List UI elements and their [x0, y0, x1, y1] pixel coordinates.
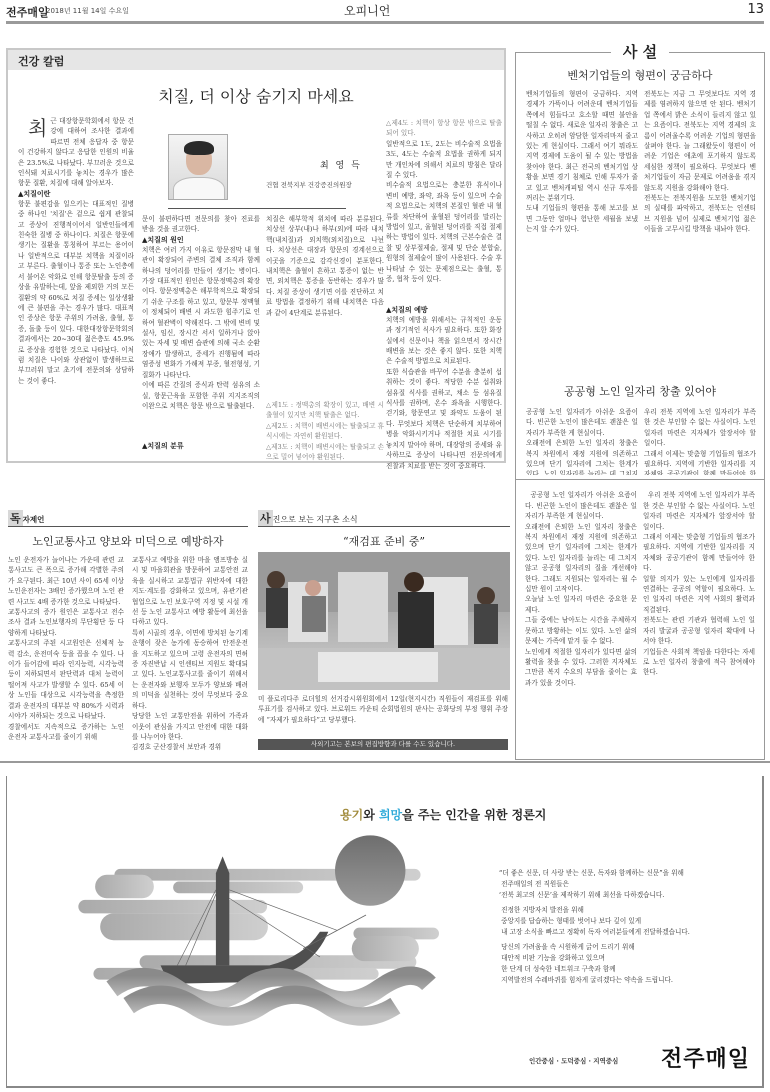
section-divider [0, 761, 770, 763]
body-text: 치핵의 예방을 위해서는 규칙적인 운동과 정기적인 식사가 필요하다. 또한 … [386, 315, 502, 469]
subheading: ▲치질의 예방 [386, 305, 502, 315]
page-number: 13 [747, 2, 764, 17]
news-photo [258, 552, 510, 690]
article-column-3: 치질은 해부학적 위치에 따라 분류된다. 치상선 상부(내)나 하부(외)에 … [266, 214, 384, 462]
slogan-word-hope: 희망 [379, 808, 402, 822]
grade-4: △제4도 : 치핵이 항상 항문 밖으로 탈출되어 있다. [386, 118, 502, 139]
column-label-bar: 건강 칼럼 [8, 50, 504, 70]
article-column-1: 최근 대장항문학회에서 항문 건강에 대하여 조사한 결과에 따르면 전체 응답… [18, 116, 134, 449]
reader-column: 독자제언 노인교통사고 양보와 미덕으로 예방하자 노인 운전자가 늘어나는 가… [8, 507, 248, 549]
photo-headline: “재검표 준비 중” [258, 533, 510, 549]
author-name: 최 영 득 [320, 158, 362, 171]
article-column-2: 문이 불편하다면 전문의를 찾아 진료를 받을 것을 권고한다. ▲치질의 원인… [142, 214, 260, 451]
health-column: 건강 칼럼 치질, 더 이상 숨기지 마세요 최근 대장항문학회에서 항문 건강… [6, 48, 506, 463]
slogan-word-courage: 용기 [340, 808, 363, 822]
article-headline: 노인교통사고 양보와 미덕으로 예방하자 [8, 533, 248, 549]
editorial-headline-1: 벤처기업들의 형편이 궁금하다 [516, 67, 764, 83]
article-column-4: △제4도 : 치핵이 항상 항문 밖으로 탈출되어 있다. 일반적으로 1도, … [386, 118, 502, 469]
section-label: 자제언 [23, 515, 45, 524]
issue-date: 2018년 11월 14일 수요일 [46, 6, 129, 16]
body-text: 문이 불편하다면 전문의를 찾아 진료를 받을 것을 권고한다. [142, 214, 260, 235]
section-label-initial: 독 [8, 510, 23, 526]
drop-cap: 최 [28, 116, 47, 140]
ad-motto: 인간중심 · 도덕중심 · 지역중심 [529, 1056, 618, 1065]
subheading: ▲치질의 분류 [142, 441, 260, 451]
subheading: ▲치질의 원인 [142, 235, 260, 245]
section-label: 진으로 보는 지구촌 소식 [273, 515, 358, 524]
editorial-headline-2: 공공형 노인 일자리 창출 있어야 [516, 383, 764, 399]
divider [258, 526, 510, 527]
editorial-1-col-2: 전북도는 지금 그 무엇보다도 지역 경제를 염려하지 않으면 안 된다. 벤처… [644, 89, 756, 375]
body-text: 일반적으로 1도, 2도는 비수술적 요법을 3도, 4도는 수술적 요법을 권… [386, 139, 502, 305]
editorial-frame-lower [515, 480, 765, 760]
ad-slogan: 용기와 희망을 주는 인간을 위한 정론지 [340, 806, 546, 823]
divider [168, 208, 346, 209]
ship-illustration [37, 806, 477, 1066]
photo-news-section: 사진으로 보는 지구촌 소식 “재검표 준비 중” [258, 507, 510, 549]
editorial-label: 사 설 [611, 43, 669, 61]
divider [8, 526, 248, 527]
slogan-text: 을 주는 인간을 위한 정론지 [402, 808, 546, 822]
reader-col-2: 교통사고 예방을 위한 마을 앰프방송 실시 및 마을회관을 방문하여 교통안전… [132, 555, 248, 761]
header-rule [6, 21, 764, 24]
pledge-paragraph: 당신의 가려움을 속 시원하게 긁어 드리기 위해 대안적 비판 기능을 강화하… [499, 942, 690, 986]
newspaper-promo-ad: 용기와 희망을 주는 인간을 위한 정론지 “더 좋은 신문, 더 사랑 받는 … [6, 776, 764, 1088]
editorial-section: 사 설 벤처기업들의 형편이 궁금하다 벤처기업들의 형편이 궁금하다. 지역 … [515, 52, 765, 480]
masthead-brand: 전주매일 [6, 4, 49, 20]
ad-pledge: “더 좋은 신문, 더 사랑 받는 신문, 독자와 함께하는 신문”을 위해 전… [499, 868, 690, 990]
body-text: 치핵은 여러 가지 이유로 항문점막 내 혈관이 확장되어 주변의 결체 조직과… [142, 245, 260, 441]
newspaper-logo: 전주매일 [661, 1042, 750, 1073]
grade-3: △제3도 : 치핵이 배변시에는 탈출되고 손으로 밀어 넣어야 환원된다. [266, 442, 384, 463]
page-header: 전주매일 2018년 11월 14일 수요일 오피니언 13 [6, 0, 764, 24]
grade-2: △제2도 : 치핵이 배변시에는 탈출되고 휴식시에는 자연히 환원된다. [266, 421, 384, 442]
grade-1: △제1도 : 정맥총의 확장이 있고, 배변 시 출혈이 있지만 치핵 탈출은 … [266, 400, 384, 421]
editorial-2-col-1: 공공형 노인 일자리가 아쉬운 요즘이다. 빈곤한 노인이 많은데도 괜찮은 일… [526, 407, 638, 475]
pledge-paragraph: 진정한 지방자치 발전을 위해 중앙지를 답습하는 형태를 벗어나 보다 깊이 … [499, 905, 690, 938]
author-photo [168, 134, 228, 200]
column-label: 건강 칼럼 [18, 53, 64, 69]
article-headline: 치질, 더 이상 숨기지 마세요 [8, 84, 504, 107]
photo-caption: 미 플로리다주 로더힐의 선거감시위원회에서 12일(현지시간) 직원들이 재검… [258, 694, 508, 725]
slogan-text: 와 [363, 808, 379, 822]
pledge-paragraph: “더 좋은 신문, 더 사랑 받는 신문, 독자와 함께하는 신문”을 위해 전… [499, 868, 690, 901]
section-title: 오피니언 [344, 2, 390, 19]
reader-col-1: 노인 운전자가 늘어나는 가운데 관련 교통사고도 큰 폭으로 증가해 각별한 … [8, 555, 124, 761]
author-title: 건협 전북지부 건강증진의원장 [266, 180, 352, 189]
disclaimer-bar: 사외기고는 본보의 편집방향과 다를 수도 있습니다. [258, 739, 508, 750]
editorial-1-col-1: 벤처기업들의 형편이 궁금하다. 지역 경제가 가뜩이나 어려운데 벤처기업들 … [526, 89, 638, 375]
subheading: ▲치질이란 [18, 189, 134, 199]
section-label-initial: 사 [258, 510, 273, 526]
body-text: 치질은 해부학적 위치에 따라 분류된다. 치상선 상부(내)나 하부(외)에 … [266, 214, 384, 400]
editorial-2-col-2: 우리 전북 지역에 노인 일자리가 부족한 것은 부인할 수 없는 사실이다. … [644, 407, 756, 475]
body-text: 항문 불편감을 일으키는 대표적인 질병 중 하나인 '치질'은 겉으로 쉽게 … [18, 199, 134, 449]
